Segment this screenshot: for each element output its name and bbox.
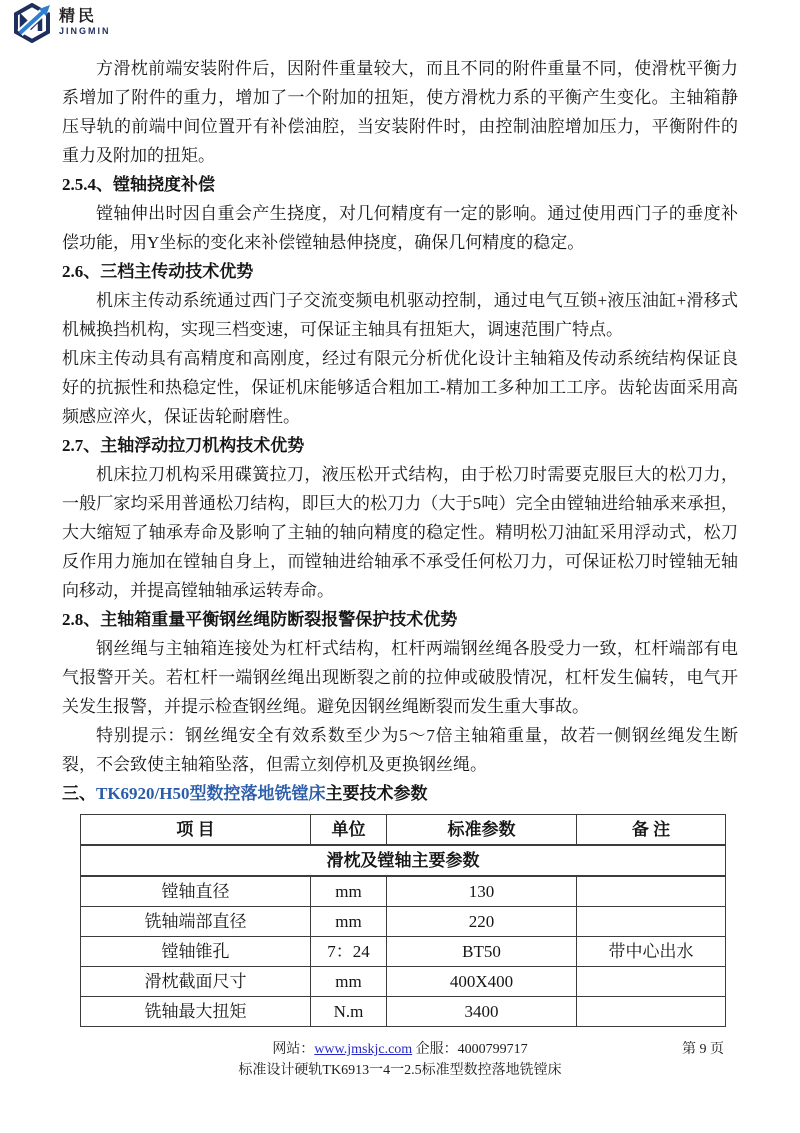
cell-item: 镗轴直径 bbox=[81, 876, 311, 907]
heading-2-7: 2.7、主轴浮动拉刀机构技术优势 bbox=[62, 431, 738, 460]
cell-note bbox=[577, 967, 726, 997]
paragraph-wire-rope-1: 钢丝绳与主轴箱连接处为杠杆式结构，杠杆两端钢丝绳各股受力一致，杠杆端部有电气报警… bbox=[62, 634, 738, 721]
page-number: 第 9 页 bbox=[682, 1039, 724, 1060]
logo-name-en: JINGMIN bbox=[59, 27, 111, 36]
table-row: 铣轴端部直径 mm 220 bbox=[81, 907, 726, 937]
paragraph-wire-rope-2: 特别提示：钢丝绳安全有效系数至少为5～7倍主轴箱重量，故若一侧钢丝绳发生断裂，不… bbox=[62, 721, 738, 779]
heading-2-6: 2.6、三档主传动技术优势 bbox=[62, 257, 738, 286]
cell-value: 400X400 bbox=[387, 967, 577, 997]
page-footer: 网站：www.jmskjc.com 企服：4000799717 第 9 页 标准… bbox=[0, 1039, 800, 1081]
cell-note bbox=[577, 997, 726, 1027]
table-row: 镗轴直径 mm 130 bbox=[81, 876, 726, 907]
parameter-table: 项 目 单位 标准参数 备 注 滑枕及镗轴主要参数 镗轴直径 mm 130 铣轴… bbox=[80, 814, 726, 1027]
table-row: 滑枕截面尺寸 mm 400X400 bbox=[81, 967, 726, 997]
table-section-row: 滑枕及镗轴主要参数 bbox=[81, 845, 726, 876]
page-header: 精民 JINGMIN bbox=[0, 0, 800, 42]
cell-value: 130 bbox=[387, 876, 577, 907]
footer-website-link[interactable]: www.jmskjc.com bbox=[314, 1042, 412, 1057]
column-header-unit: 单位 bbox=[311, 815, 387, 846]
footer-product-line: 标准设计硬轨TK6913一4一2.5标准型数控落地铣镗床 bbox=[0, 1060, 800, 1081]
logo-name-cn: 精民 bbox=[59, 9, 111, 25]
paragraph-main-drive-2: 机床主传动具有高精度和高刚度，经过有限元分析优化设计主轴箱及传动系统结构保证良好… bbox=[62, 344, 738, 431]
cell-unit: mm bbox=[311, 907, 387, 937]
cell-unit: 7：24 bbox=[311, 937, 387, 967]
paragraph-main-drive-1: 机床主传动系统通过西门子交流变频电机驱动控制，通过电气互锁+液压油缸+滑移式机械… bbox=[62, 286, 738, 344]
company-logo: 精民 JINGMIN bbox=[10, 3, 800, 43]
footer-site-label: 网站： bbox=[272, 1042, 314, 1057]
heading-3-suffix: 主要技术参数 bbox=[326, 784, 428, 803]
heading-2-8: 2.8、主轴箱重量平衡钢丝绳防断裂报警保护技术优势 bbox=[62, 605, 738, 634]
cell-value: BT50 bbox=[387, 937, 577, 967]
cell-item: 滑枕截面尺寸 bbox=[81, 967, 311, 997]
paragraph-slide-attachment: 方滑枕前端安装附件后，因附件重量较大，而且不同的附件重量不同，使滑枕平衡力系增加… bbox=[62, 54, 738, 170]
table-header-row: 项 目 单位 标准参数 备 注 bbox=[81, 815, 726, 846]
cell-value: 3400 bbox=[387, 997, 577, 1027]
column-header-item: 项 目 bbox=[81, 815, 311, 846]
column-header-value: 标准参数 bbox=[387, 815, 577, 846]
document-body: 方滑枕前端安装附件后，因附件重量较大，而且不同的附件重量不同，使滑枕平衡力系增加… bbox=[62, 54, 738, 1027]
cell-item: 铣轴端部直径 bbox=[81, 907, 311, 937]
logo-text: 精民 JINGMIN bbox=[59, 9, 111, 36]
cell-note bbox=[577, 907, 726, 937]
heading-3-model-name: TK6920/H50型数控落地铣镗床 bbox=[96, 784, 326, 803]
table-row: 镗轴锥孔 7：24 BT50 带中心出水 bbox=[81, 937, 726, 967]
paragraph-deflection-compensation: 镗轴伸出时因自重会产生挠度，对几何精度有一定的影响。通过使用西门子的垂度补偿功能… bbox=[62, 199, 738, 257]
cell-note: 带中心出水 bbox=[577, 937, 726, 967]
heading-3-prefix: 三、 bbox=[62, 784, 96, 803]
heading-section-3: 三、TK6920/H50型数控落地铣镗床主要技术参数 bbox=[62, 779, 738, 808]
cell-unit: mm bbox=[311, 876, 387, 907]
cell-value: 220 bbox=[387, 907, 577, 937]
table-section-title: 滑枕及镗轴主要参数 bbox=[81, 845, 726, 876]
footer-contact-line: 网站：www.jmskjc.com 企服：4000799717 第 9 页 bbox=[0, 1039, 800, 1060]
table-row: 铣轴最大扭矩 N.m 3400 bbox=[81, 997, 726, 1027]
paragraph-tool-clamping: 机床拉刀机构采用碟簧拉刀，液压松开式结构，由于松刀时需要克服巨大的松刀力，一般厂… bbox=[62, 460, 738, 605]
cell-item: 镗轴锥孔 bbox=[81, 937, 311, 967]
footer-service-phone: 4000799717 bbox=[458, 1042, 528, 1057]
cell-item: 铣轴最大扭矩 bbox=[81, 997, 311, 1027]
footer-service-label: 企服： bbox=[412, 1042, 458, 1057]
cell-unit: N.m bbox=[311, 997, 387, 1027]
cell-unit: mm bbox=[311, 967, 387, 997]
cell-note bbox=[577, 876, 726, 907]
column-header-note: 备 注 bbox=[577, 815, 726, 846]
heading-2-5-4: 2.5.4、镗轴挠度补偿 bbox=[62, 170, 738, 199]
logo-hexagon-icon bbox=[10, 3, 54, 43]
